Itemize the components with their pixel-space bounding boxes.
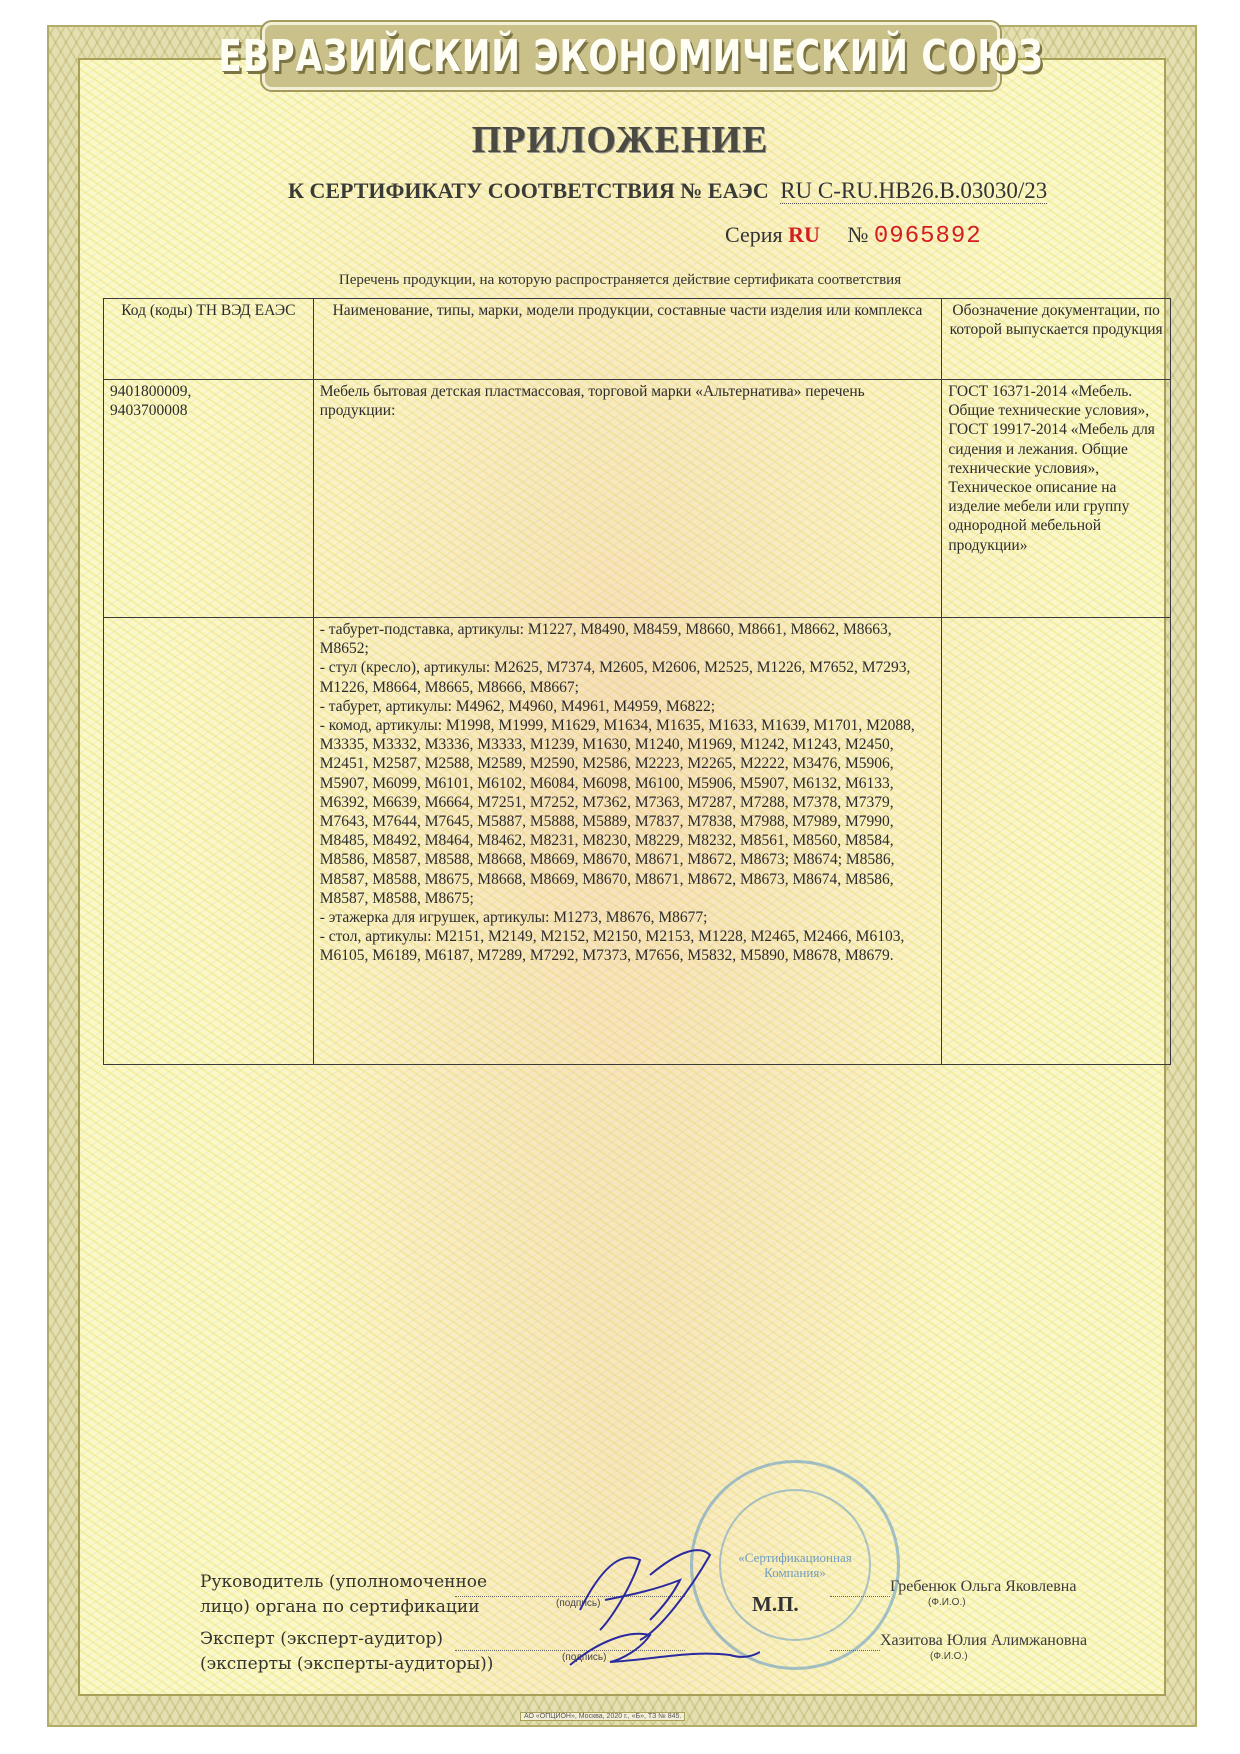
table-row: 9401800009,9403700008 Мебель бытовая дет… — [104, 380, 1171, 618]
tn-ved-code: 9403700008 — [110, 401, 307, 420]
expert-label-line1: Эксперт (эксперт-аудитор) — [200, 1629, 443, 1649]
expert-fio-hint: (Ф.И.О.) — [930, 1651, 968, 1662]
cell-documentation: ГОСТ 16371-2014 «Мебель. Общие техническ… — [942, 380, 1171, 618]
items-list: - табурет-подставка, артикулы: М1227, М8… — [320, 620, 936, 966]
head-label-line2: лицо) органа по сертификации — [200, 1597, 480, 1617]
expert-label: Эксперт (эксперт-аудитор) (эксперты (экс… — [200, 1627, 493, 1677]
printer-imprint: АО «ОПЦИОН», Москва, 2020 г., «Б», ТЗ № … — [520, 1712, 685, 1721]
banner-text: ЕВРАЗИЙСКИЙ ЭКОНОМИЧЕСКИЙ СОЮЗ — [218, 31, 1043, 82]
table-header-row: Код (коды) ТН ВЭД ЕАЭС Наименование, тип… — [104, 299, 1171, 380]
cell-codes — [104, 618, 314, 1065]
cell-description: Мебель бытовая детская пластмассовая, то… — [313, 380, 942, 618]
product-table: Код (коды) ТН ВЭД ЕАЭС Наименование, тип… — [103, 298, 1171, 1065]
table-caption: Перечень продукции, на которую распростр… — [0, 272, 1240, 289]
document-title: ПРИЛОЖЕНИЕ — [0, 118, 1240, 162]
header-documentation: Обозначение документации, по которой вып… — [942, 299, 1171, 380]
list-item: - стул (кресло), артикулы: М2625, М7374,… — [320, 658, 936, 696]
header-description: Наименование, типы, марки, модели продук… — [313, 299, 942, 380]
head-name: Гребенюк Ольга Яковлевна — [890, 1578, 1076, 1596]
series-label: Серия — [725, 222, 783, 247]
list-item: - стол, артикулы: М2151, М2149, М2152, М… — [320, 927, 936, 965]
head-fio-line — [830, 1596, 890, 1597]
list-item: - комод, артикулы: М1998, М1999, М1629, … — [320, 716, 936, 908]
head-label: Руководитель (уполномоченное лицо) орган… — [200, 1570, 487, 1620]
cell-items: - табурет-подставка, артикулы: М1227, М8… — [313, 618, 942, 1065]
signature-scribble-icon — [560, 1540, 760, 1670]
tn-ved-code: 9401800009, — [110, 382, 307, 401]
cell-codes: 9401800009,9403700008 — [104, 380, 314, 618]
certificate-number: RU С-RU.НВ26.В.03030/23 — [780, 178, 1047, 204]
blank-number: 0965892 — [874, 223, 982, 250]
certificate-line: К СЕРТИФИКАТУ СООТВЕТСТВИЯ № ЕАЭС RU С-R… — [288, 178, 1047, 204]
expert-name: Хазитова Юлия Алимжановна — [880, 1632, 1087, 1650]
cell-documentation — [942, 618, 1171, 1065]
stamp-text-line2: Компания» — [764, 1565, 826, 1580]
head-label-line1: Руководитель (уполномоченное — [200, 1572, 487, 1592]
list-item: - этажерка для игрушек, артикулы: М1273,… — [320, 908, 936, 927]
codes-text: 9401800009,9403700008 — [110, 382, 307, 420]
head-fio-hint: (Ф.И.О.) — [928, 1597, 966, 1608]
header-codes: Код (коды) ТН ВЭД ЕАЭС — [104, 299, 314, 380]
expert-fio-line — [830, 1650, 880, 1651]
series-line: Серия RU № 0965892 — [725, 222, 982, 250]
table-row: - табурет-подставка, артикулы: М1227, М8… — [104, 618, 1171, 1065]
series-value: RU — [788, 222, 820, 247]
certificate-label: К СЕРТИФИКАТУ СООТВЕТСТВИЯ № ЕАЭС — [288, 178, 769, 203]
list-item: - табурет-подставка, артикулы: М1227, М8… — [320, 620, 936, 658]
number-label: № — [847, 222, 868, 247]
header-banner: ЕВРАЗИЙСКИЙ ЭКОНОМИЧЕСКИЙ СОЮЗ — [262, 22, 1000, 90]
list-item: - табурет, артикулы: М4962, М4960, М4961… — [320, 697, 936, 716]
expert-label-line2: (эксперты (эксперты-аудиторы)) — [200, 1654, 493, 1674]
